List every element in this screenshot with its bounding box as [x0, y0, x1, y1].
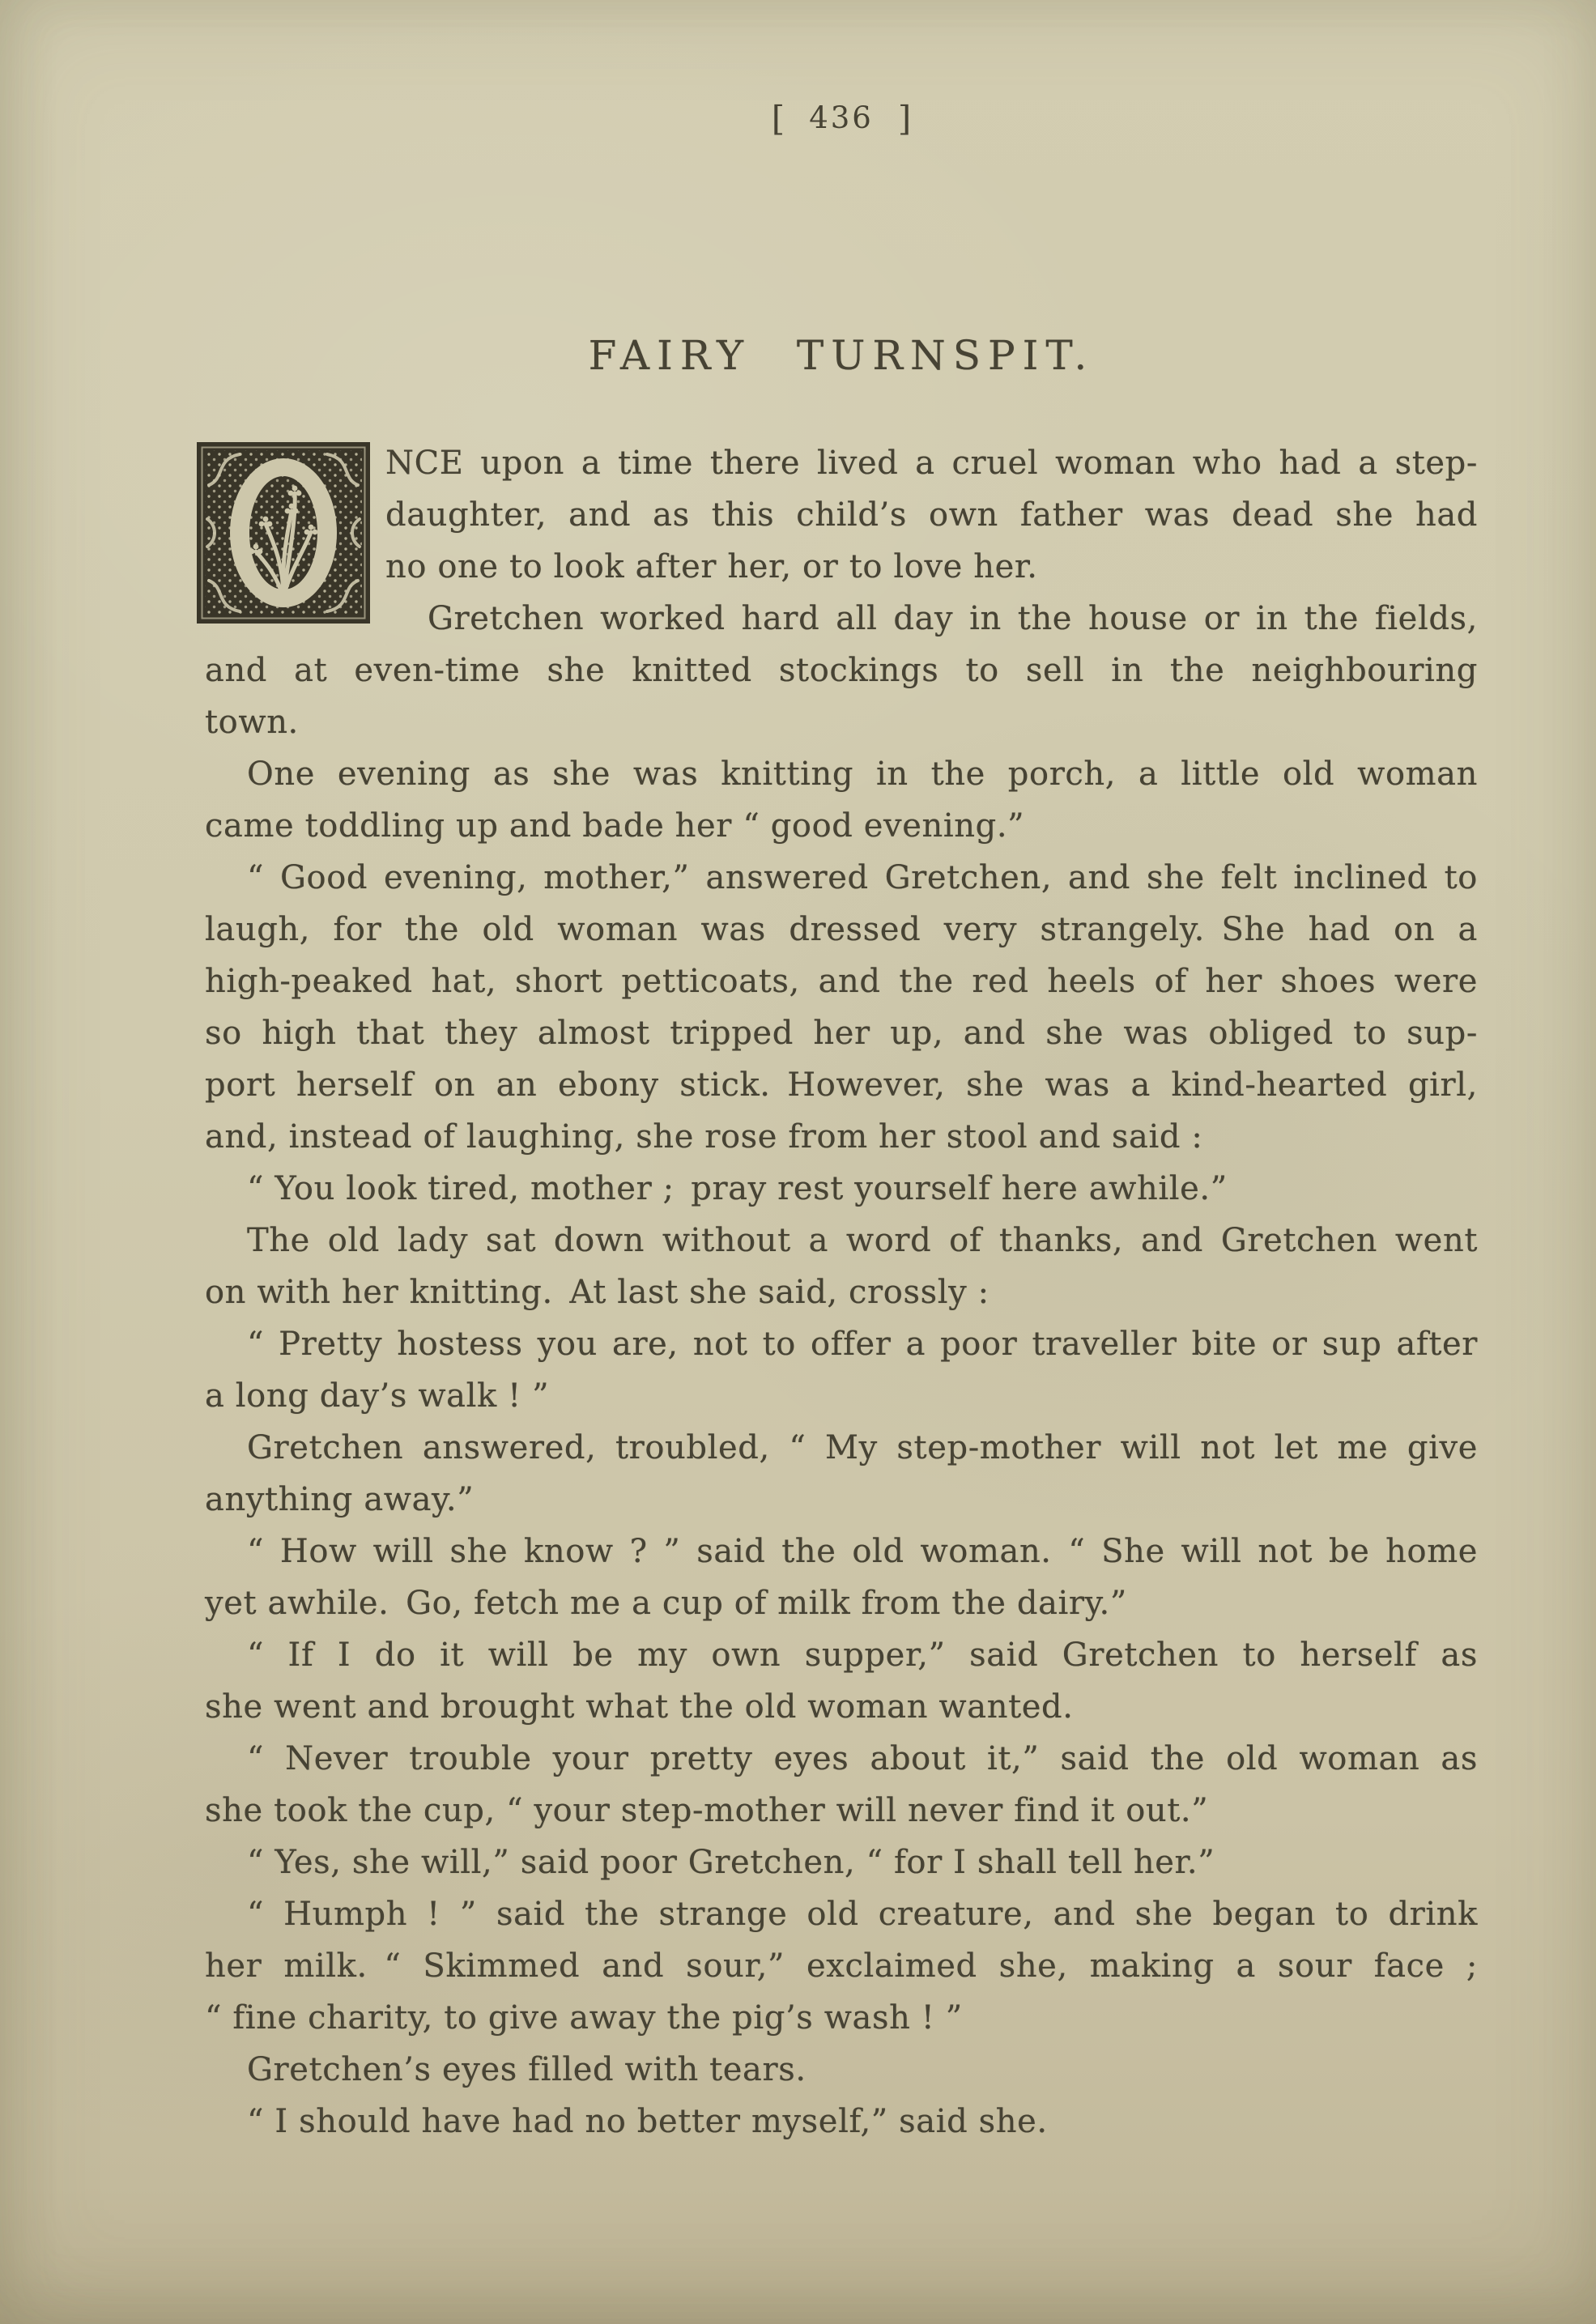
text-line: “ I should have had no better myself,” s… — [205, 2096, 1478, 2147]
drop-cap-ornament — [196, 441, 371, 624]
page-number: [436] — [205, 99, 1478, 138]
text-line: “ Humph ! ” said the strange old creatur… — [205, 1888, 1478, 1940]
page-number-value: 436 — [809, 100, 874, 135]
book-page: [436] FAIRY TURNSPIT. — [0, 0, 1596, 2324]
text-line: Gretchen’s eyes filled with tears. — [205, 2044, 1478, 2096]
text-line: “ Pretty hostess you are, not to offer a… — [205, 1318, 1478, 1370]
text-line: high-peaked hat, short petticoats, and t… — [205, 956, 1478, 1007]
text-line: on with her knitting. At last she said, … — [205, 1266, 1478, 1318]
text-line: town. — [205, 696, 1478, 748]
page-number-bracket-right: ] — [898, 99, 911, 138]
text-line: “ Yes, she will,” said poor Gretchen, “ … — [205, 1837, 1478, 1888]
text-line: Gretchen answered, troubled, “ My step-m… — [205, 1422, 1478, 1474]
text-line: a long day’s walk ! ” — [205, 1370, 1478, 1422]
drop-cap-woodcut — [196, 441, 371, 624]
text-line: and at even-time she knitted stockings t… — [205, 645, 1478, 696]
text-line: daughter, and as this child’s own father… — [205, 489, 1478, 541]
page-number-bracket-left: [ — [772, 99, 785, 138]
text-line: and, instead of laughing, she rose from … — [205, 1111, 1478, 1163]
story-title: FAIRY TURNSPIT. — [205, 332, 1478, 379]
text-line: laugh, for the old woman was dressed ver… — [205, 904, 1478, 956]
text-line: anything away.” — [205, 1474, 1478, 1526]
text-line: her milk. “ Skimmed and sour,” exclaimed… — [205, 1940, 1478, 1992]
text-line: “ fine charity, to give away the pig’s w… — [205, 1992, 1478, 2044]
text-line: NCE upon a time there lived a cruel woma… — [205, 437, 1478, 489]
text-line: so high that they almost tripped her up,… — [205, 1007, 1478, 1059]
text-line: “ Good evening, mother,” answered Gretch… — [205, 852, 1478, 904]
body-text: NCE upon a time there lived a cruel woma… — [205, 437, 1478, 2147]
text-line: One evening as she was knitting in the p… — [205, 748, 1478, 800]
text-line: “ If I do it will be my own supper,” sai… — [205, 1629, 1478, 1681]
text-line: “ How will she know ? ” said the old wom… — [205, 1526, 1478, 1577]
text-line: Gretchen worked hard all day in the hous… — [205, 593, 1478, 645]
text-line: came toddling up and bade her “ good eve… — [205, 800, 1478, 852]
text-line: she went and brought what the old woman … — [205, 1681, 1478, 1733]
text-line: “ Never trouble your pretty eyes about i… — [205, 1733, 1478, 1785]
text-line: “ You look tired, mother ; pray rest you… — [205, 1163, 1478, 1215]
text-line: yet awhile. Go, fetch me a cup of milk f… — [205, 1577, 1478, 1629]
text-line: The old lady sat down without a word of … — [205, 1215, 1478, 1266]
text-line: no one to look after her, or to love her… — [205, 541, 1478, 593]
text-line: she took the cup, “ your step-mother wil… — [205, 1785, 1478, 1837]
text-line: port herself on an ebony stick. However,… — [205, 1059, 1478, 1111]
